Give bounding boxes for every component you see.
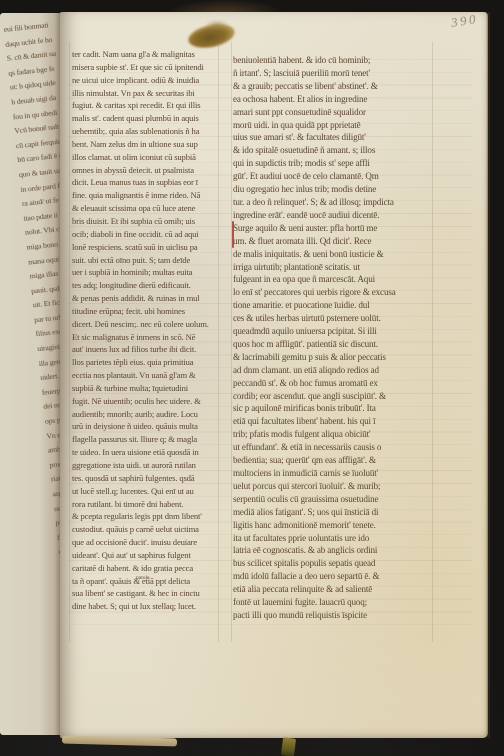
- text-line: audientib; mnorib; aurib; audire. Locu: [72, 408, 222, 421]
- text-line: suit. ubi ectā oīno puit. S; tam deīde: [72, 254, 222, 267]
- text-line: urū in deiysione ñ uideo. quāuis multa: [72, 420, 222, 433]
- text-line: malis st'. cadent quasi plumbū in aquis: [72, 112, 222, 125]
- text-line: custodiut. quāuis p carnē uelut uictima: [72, 523, 222, 536]
- text-line: supbiā & turbine multa; īquietudini: [72, 382, 222, 395]
- text-line: sic p aquilonē mirificas bonis tribuūt'.…: [233, 402, 435, 415]
- text-line: multociens in inmudiciā carnis se īuoluū…: [233, 467, 435, 480]
- text-line: aut' inuens lux ad filios turbe ibi dici…: [72, 343, 222, 356]
- interlinear-note: patole: [136, 575, 149, 581]
- text-line: fulgeant in ea opa que ñ marcescāt. Aqui: [233, 273, 435, 286]
- text-line: qui in supdictis trib; modis st' sepe af…: [233, 157, 435, 170]
- text-line: sua libent' se castigant. & hec in cinct…: [72, 587, 222, 600]
- text-line: ecctia nos plantauit. Vn uanā gl'am &: [72, 369, 222, 382]
- text-line: & ido spitalē osuetudinē ñ amant. s; ill…: [233, 144, 435, 157]
- facing-page-edge: eui fili bonmatidaqu uchit fe hoS. cū & …: [0, 13, 64, 735]
- text-line: illis nimulstat. Vn pax & securitas ibi: [72, 87, 222, 100]
- text-line: etiā alia peccata relinquite & ad salien…: [233, 583, 435, 596]
- text-line: & penas penis addidit. & ruinas in mul: [72, 292, 222, 305]
- text-line: dicit. Leua manus tuas in supbias eor ī: [72, 176, 222, 189]
- text-line: ces & utiles herbas uirtutū psternere uo…: [233, 312, 435, 325]
- text-line: Et sic malignatus ē inmens in scō. Nē: [72, 331, 222, 344]
- text-line: & eleuauit scissima opa cū luce atene: [72, 202, 222, 215]
- text-line: diu ogregatio hec inlus trib; modis deti…: [233, 183, 435, 196]
- text-line: ligitis hanc admonitionē memorit' tenete…: [233, 519, 435, 532]
- text-line: uideant'. Qui aut' ut saphirus fulgent: [72, 549, 222, 562]
- fore-edge-shadow: [486, 12, 490, 738]
- text-line: bedientia; sua; querūt' qm eas affligāt'…: [233, 454, 435, 467]
- text-line: ingredine erāt'. eandē uocē audiui dicen…: [233, 209, 435, 222]
- text-line: fugit. Nē uiuentib; oculis hec uidere. &: [72, 395, 222, 408]
- text-line: dine habet. S; qui ut lux stellaq; lucet…: [72, 600, 222, 613]
- text-line: misera supbie st'. Et que sic cū ipniten…: [72, 61, 222, 74]
- ink-stain-halo: [206, 20, 228, 30]
- text-line: omnes in abyssū deiecit. ut psalmista: [72, 164, 222, 177]
- text-line: peccandū st'. & ob hoc fumus aromatū ex: [233, 377, 435, 390]
- text-line: ñ irtant'. S; lasciuiā pueriliū morū ten…: [233, 67, 435, 80]
- left-text-column: ter cadit. Nam uana gl'a & malignitasmis…: [72, 48, 222, 613]
- text-line: ea ochosa habent. Et alios in ingredine: [233, 93, 435, 106]
- text-line: ita ut facultates pprie uoluntatis ure i…: [233, 532, 435, 545]
- text-line: tes. quosdā ut saphirū fulgentes. qsdā: [72, 472, 222, 485]
- text-line: tione amaritie. et puocatione īuidie. du…: [233, 299, 435, 312]
- text-line: mdū idolū fallacie a deo uero separtū ē.…: [233, 570, 435, 583]
- text-line: uius sue amari st'. & facultates diligūt…: [233, 131, 435, 144]
- text-line: fontē ut lauemini fugite. lauacrū quoq;: [233, 596, 435, 609]
- text-line: gūt'. Et audiui uocē de celo clamantē. Q…: [233, 170, 435, 183]
- text-line: fine. quia malignantis ē inme rideo. Nā: [72, 189, 222, 202]
- red-paragraph-mark: [232, 221, 234, 248]
- text-line: flagella passurus sit. lliure q; & magla: [72, 433, 222, 446]
- text-line: ut lucē stell.q; lucentes. Qui enī ut au: [72, 485, 222, 498]
- text-line: irriga uirtutib; plantationē scitatis. u…: [233, 261, 435, 274]
- text-line: cordib; eor ascendut. que angli suscipiū…: [233, 390, 435, 403]
- text-line: uelut porcus qui stercori īuoluit'. & mu…: [233, 480, 435, 493]
- text-line: uehemtib;. quia alas sublenationis ñ ha: [72, 125, 222, 138]
- text-line: bris diuisit. Et ibi supbia cū omib; uis: [72, 215, 222, 228]
- text-line: uer i supbiā in hominib; multas euita: [72, 266, 222, 279]
- text-line: fugiut. & caritas xpi recedit. Et qui il…: [72, 99, 222, 112]
- text-line: bus scilicet spitalis populis sepatis qu…: [233, 557, 435, 570]
- lower-page-sliver: [62, 735, 177, 746]
- facing-page-text-fragments: eui fili bonmatidaqu uchit fe hoS. cū & …: [3, 16, 64, 633]
- text-line: ocib; diaboli in fine occidit. cū ad aqu…: [72, 228, 222, 241]
- manuscript-photo: eui fili bonmatidaqu uchit fe hoS. cū & …: [0, 0, 504, 756]
- text-line: dicert. Deū nescim;. nec eū colere uolum…: [72, 318, 222, 331]
- right-text-column: beniuolentiā habent. & ido cū hominib;ñ …: [233, 54, 435, 622]
- text-line: ggregatione ista uidi. ut aurorā rutilan: [72, 459, 222, 472]
- text-line: de malis iniquitatis. & ueni bonū iustic…: [233, 248, 435, 261]
- text-line: ut effundant'. & etiā in necessariis cau…: [233, 441, 435, 454]
- text-line: lonē respiciens. scatū suū in uiclisu pa: [72, 241, 222, 254]
- text-line: & lacrimabili gemitu p suis & alior pecc…: [233, 351, 435, 364]
- text-line: morū uidi. in qua quidā ppt pprietatē: [233, 119, 435, 132]
- text-line: lo enī st' peccatores qui uerbis rigore …: [233, 286, 435, 299]
- text-line: amari sunt ppt consuetudinē squalidor: [233, 106, 435, 119]
- text-line: titudine erūpna; fecit. ubi homines: [72, 305, 222, 318]
- manuscript-page: 390 ter cadit. Nam uana gl'a & malignita…: [60, 12, 488, 738]
- text-line: ne uicui uice implicant. odiū & inuidia: [72, 74, 222, 87]
- text-line: Surge aquilo & ueni auster. pfla hortū m…: [233, 222, 435, 235]
- text-line: ad dnm clamant. un etiā aliqndo redios a…: [233, 364, 435, 377]
- text-line: latria eē cognoscatis. & ab anglicis ord…: [233, 544, 435, 557]
- text-line: rora rutilant. bi timorē dni habent.: [72, 498, 222, 511]
- text-line: serpentiū oculis cū grauissima osuetudin…: [233, 493, 435, 506]
- text-line: illos clamat. ut olim iconiut cū supbiā: [72, 151, 222, 164]
- text-line: & pcepta regularis legis ppt dnm libent': [72, 510, 222, 523]
- text-line: tur. a deo ñ relinquet'. S; & ad illosq;…: [233, 196, 435, 209]
- text-line: & a grauib; peccatis se libent' abstinet…: [233, 80, 435, 93]
- text-line: te uideo. In uera uisione etiā quosdā in: [72, 446, 222, 459]
- text-line: llos parietes tēpli eius. quia primitiua: [72, 356, 222, 369]
- folio-number: 390: [450, 11, 479, 31]
- text-line: que ad occisionē ducit'. inuisu deuiare: [72, 536, 222, 549]
- text-line: beniuolentiā habent. & ido cū hominib;: [233, 54, 435, 67]
- text-line: etiā qui facultates libent' habent. his …: [233, 415, 435, 428]
- text-line: mediā alios fatigant'. S; uos qui īnstic…: [233, 506, 435, 519]
- text-line: caritatē di habent. & ido gratia pecca: [72, 562, 222, 575]
- vertical-ruling-mid2: [231, 42, 232, 642]
- text-line: tes adq; longitudine dierū edificauit.: [72, 279, 222, 292]
- text-line: bent. Nam zelus dm in ultione sua sup: [72, 138, 222, 151]
- vertical-ruling-left: [69, 42, 70, 642]
- text-line: trib; pfatis modis fulgent aliqua obiciū…: [233, 428, 435, 441]
- text-line: quos hoc m affligūt'. patientiā sic disc…: [233, 338, 435, 351]
- text-line: um. & fluet aromata illi. Qd dicit'. Rec…: [233, 235, 435, 248]
- text-line: pacti illi quo mundū reliquistis īspicit…: [233, 609, 435, 622]
- text-line: ter cadit. Nam uana gl'a & malignitas: [72, 48, 222, 61]
- bookmark-tab: [281, 737, 296, 756]
- text-line: queadmdū aquilo uniuersa pcipitat. Si il…: [233, 325, 435, 338]
